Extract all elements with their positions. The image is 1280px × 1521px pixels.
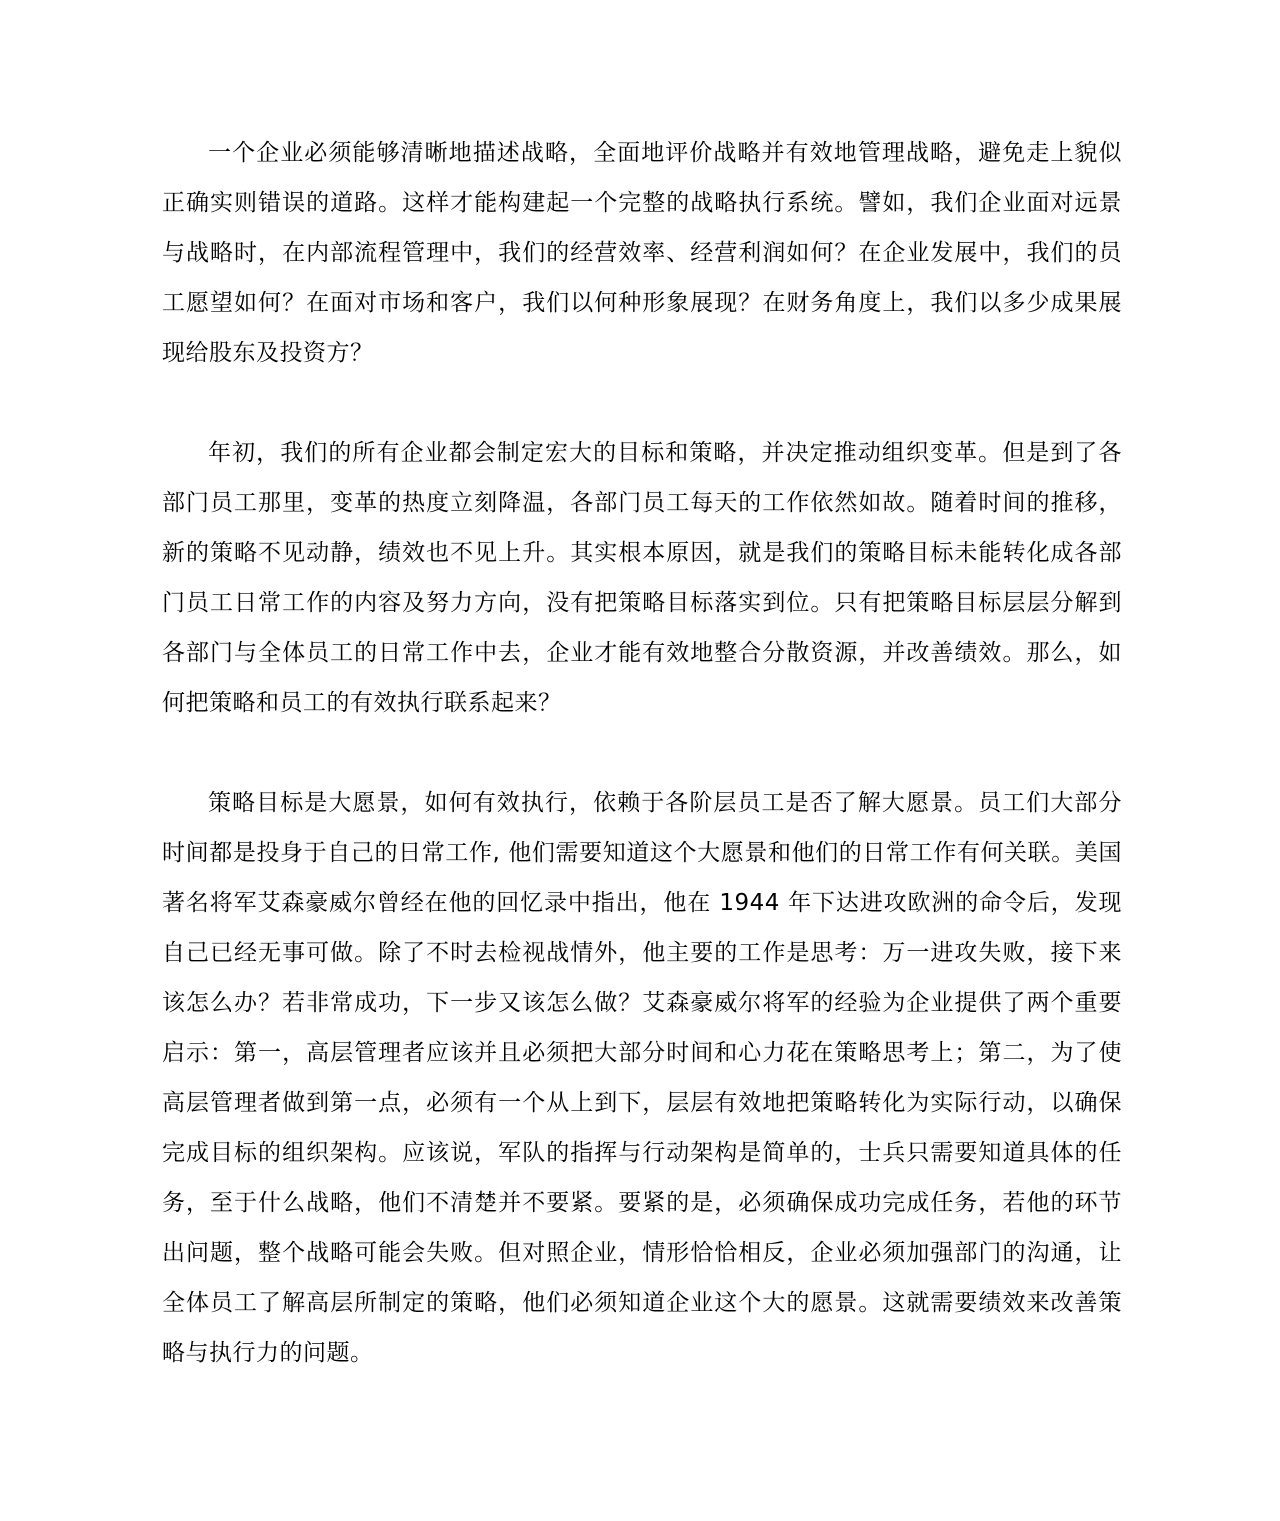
paragraph-annual-goals: 年初，我们的所有企业都会制定宏大的目标和策略，并决定推动组织变革。但是到了各部门… [162,428,1122,728]
paragraph-strategy-description: 一个企业必须能够清晰地描述战略，全面地评价战略并有效地管理战略，避免走上貌似正确… [162,128,1122,378]
document-page: 一个企业必须能够清晰地描述战略，全面地评价战略并有效地管理战略，避免走上貌似正确… [0,0,1280,1521]
paragraph-eisenhower-vision: 策略目标是大愿景，如何有效执行，依赖于各阶层员工是否了解大愿景。员工们大部分时间… [162,778,1122,1378]
